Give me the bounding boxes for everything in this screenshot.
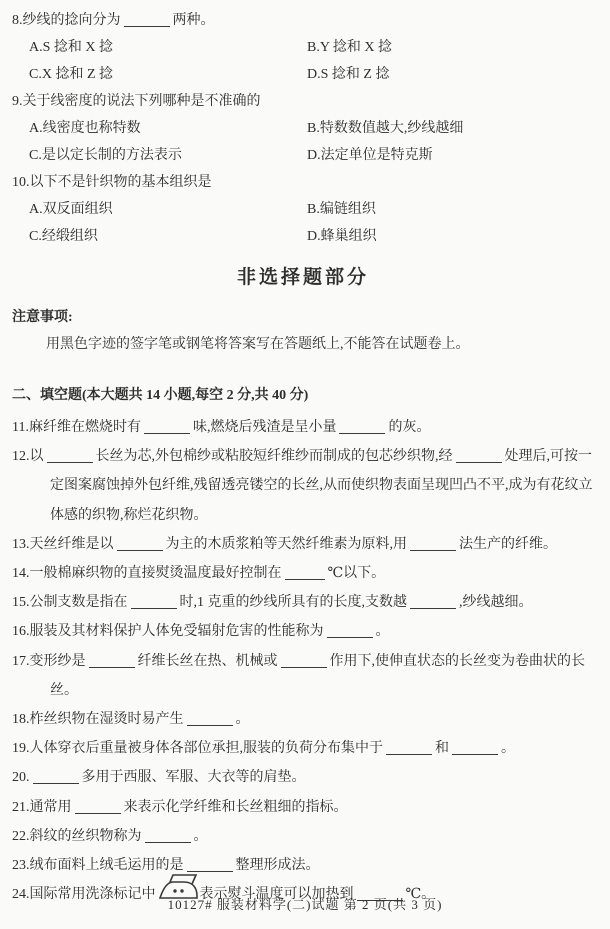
question-text: 法生产的纤维。 <box>459 537 557 552</box>
option-10-c: C.经缎组织 <box>29 223 307 250</box>
question-13: 13.天丝纤维是以为主的木质浆粕等天然纤维素为原料,用法生产的纤维。 <box>12 530 594 559</box>
blank-line <box>124 14 170 27</box>
question-text: 纱线的捻向分为 <box>23 13 121 28</box>
question-text: 。 <box>194 829 208 844</box>
blank-line <box>75 801 121 814</box>
question-12: 12.以长丝为芯,外包棉纱或粘胶短纤维纱而制成的包芯纱织物,经处理后,可按一定图… <box>12 442 594 530</box>
option-9-a: A.线密度也称特数 <box>29 115 307 142</box>
question-8: 8.纱线的捻向分为两种。 <box>12 7 594 34</box>
question-number: 8. <box>12 13 23 28</box>
blank-line <box>386 742 432 755</box>
question-text: 变形纱是 <box>30 654 86 669</box>
question-number: 16. <box>12 624 30 639</box>
question-text: ,纱线越细。 <box>459 595 533 610</box>
question-text: ℃以下。 <box>328 566 386 581</box>
exam-page: 8.纱线的捻向分为两种。 A.S 捻和 X 捻 B.Y 捻和 X 捻 C.X 捻… <box>0 0 610 929</box>
question-number: 20. <box>12 770 30 785</box>
blank-line <box>131 596 177 609</box>
question-15: 15.公制支数是指在时,1 克重的纱线所具有的长度,支数越,纱线越细。 <box>12 588 594 617</box>
question-text: 绒布面料上绒毛运用的是 <box>30 858 184 873</box>
question-22: 22.斜纹的丝织物称为。 <box>12 822 594 851</box>
option-9-c: C.是以定长制的方法表示 <box>29 142 307 169</box>
question-text: 。 <box>236 712 250 727</box>
option-8-c: C.X 捻和 Z 捻 <box>29 61 307 88</box>
question-16: 16.服装及其材料保护人体免受辐射危害的性能称为。 <box>12 617 594 646</box>
question-text: 味,燃烧后残渣是呈小量 <box>193 420 337 435</box>
notice-title: 注意事项: <box>12 304 594 331</box>
question-text: 以 <box>30 449 44 464</box>
blank-line <box>281 655 327 668</box>
question-text: 柞丝织物在湿烫时易产生 <box>30 712 184 727</box>
option-10-a: A.双反面组织 <box>29 196 307 223</box>
question-text: 为主的木质浆粕等天然纤维素为原料,用 <box>166 537 408 552</box>
question-number: 11. <box>12 420 29 435</box>
question-text: 服装及其材料保护人体免受辐射危害的性能称为 <box>30 624 324 639</box>
question-text: 和 <box>435 741 449 756</box>
question-number: 23. <box>12 858 30 873</box>
option-9-d: D.法定单位是特克斯 <box>307 142 594 169</box>
question-number: 9. <box>12 94 23 109</box>
question-text: 时,1 克重的纱线所具有的长度,支数越 <box>180 595 408 610</box>
option-8-a: A.S 捻和 X 捻 <box>29 34 307 61</box>
question-text: 整理形成法。 <box>236 858 320 873</box>
blank-line <box>187 713 233 726</box>
question-9: 9.关于线密度的说法下列哪种是不准确的 <box>12 88 594 115</box>
question-text: 人体穿衣后重量被身体各部位承担,服装的负荷分布集中于 <box>30 741 384 756</box>
options-row: C.是以定长制的方法表示 D.法定单位是特克斯 <box>12 142 594 169</box>
question-number: 14. <box>12 566 30 581</box>
question-text-after: 两种。 <box>173 13 215 28</box>
options-row: A.双反面组织 B.编链组织 <box>12 196 594 223</box>
question-text: 一般棉麻织物的直接熨烫温度最好控制在 <box>30 566 282 581</box>
question-text: 。 <box>501 741 515 756</box>
blank-line <box>47 450 93 463</box>
question-number: 17. <box>12 654 30 669</box>
option-10-b: B.编链组织 <box>307 196 594 223</box>
question-18: 18.柞丝织物在湿烫时易产生。 <box>12 705 594 734</box>
question-number: 19. <box>12 741 30 756</box>
question-10: 10.以下不是针织物的基本组织是 <box>12 169 594 196</box>
blank-line <box>285 567 325 580</box>
blank-line <box>89 655 135 668</box>
question-19: 19.人体穿衣后重量被身体各部位承担,服装的负荷分布集中于和。 <box>12 734 594 763</box>
blank-line <box>410 596 456 609</box>
question-number: 12. <box>12 449 30 464</box>
blank-line <box>145 830 191 843</box>
question-text: 关于线密度的说法下列哪种是不准确的 <box>23 94 261 109</box>
question-number: 22. <box>12 829 30 844</box>
question-number: 13. <box>12 537 30 552</box>
blank-line <box>327 625 373 638</box>
question-11: 11.麻纤维在燃烧时有味,燃烧后残渣是呈小量的灰。 <box>12 413 594 442</box>
question-number: 18. <box>12 712 30 727</box>
question-number: 21. <box>12 800 30 815</box>
question-17: 17.变形纱是纤维长丝在热、机械或作用下,使伸直状态的长丝变为卷曲状的长丝。 <box>12 647 594 705</box>
question-20: 20.多用于西服、军服、大衣等的肩垫。 <box>12 763 594 792</box>
options-row: C.X 捻和 Z 捻 D.S 捻和 Z 捻 <box>12 61 594 88</box>
question-text: 长丝为芯,外包棉纱或粘胶短纤维纱而制成的包芯纱织物,经 <box>96 449 453 464</box>
blank-line <box>452 742 498 755</box>
question-text: 的灰。 <box>388 420 430 435</box>
options-row: A.线密度也称特数 B.特数数值越大,纱线越细 <box>12 115 594 142</box>
question-number: 10. <box>12 175 30 190</box>
section-heading: 非选择题部分 <box>12 265 594 291</box>
notice-body: 用黑色字迹的签字笔或钢笔将答案写在答题纸上,不能答在试题卷上。 <box>12 331 594 358</box>
question-text: 。 <box>376 624 390 639</box>
question-text: 天丝纤维是以 <box>30 537 114 552</box>
option-8-d: D.S 捻和 Z 捻 <box>307 61 594 88</box>
blank-line <box>410 538 456 551</box>
question-text: 斜纹的丝织物称为 <box>30 829 142 844</box>
blank-line <box>33 771 79 784</box>
option-9-b: B.特数数值越大,纱线越细 <box>307 115 594 142</box>
question-text: 多用于西服、军服、大衣等的肩垫。 <box>82 770 306 785</box>
question-text: 公制支数是指在 <box>30 595 128 610</box>
fill-section-heading: 二、填空题(本大题共 14 小题,每空 2 分,共 40 分) <box>12 382 594 410</box>
question-text: 纤维长丝在热、机械或 <box>138 654 278 669</box>
blank-line <box>456 450 502 463</box>
question-text: 通常用 <box>30 800 72 815</box>
option-8-b: B.Y 捻和 X 捻 <box>307 34 594 61</box>
question-text: 麻纤维在燃烧时有 <box>29 420 141 435</box>
question-21: 21.通常用来表示化学纤维和长丝粗细的指标。 <box>12 793 594 822</box>
blank-line <box>187 859 233 872</box>
blank-line <box>117 538 163 551</box>
page-footer: 10127# 服装材料学(二)试题 第 2 页(共 3 页) <box>0 894 610 913</box>
question-text: 来表示化学纤维和长丝粗细的指标。 <box>124 800 348 815</box>
question-text: 以下不是针织物的基本组织是 <box>30 175 212 190</box>
blank-line <box>144 421 190 434</box>
question-14: 14.一般棉麻织物的直接熨烫温度最好控制在℃以下。 <box>12 559 594 588</box>
blank-line <box>339 421 385 434</box>
option-10-d: D.蜂巢组织 <box>307 223 594 250</box>
options-row: C.经缎组织 D.蜂巢组织 <box>12 223 594 250</box>
question-number: 15. <box>12 595 30 610</box>
options-row: A.S 捻和 X 捻 B.Y 捻和 X 捻 <box>12 34 594 61</box>
question-23: 23.绒布面料上绒毛运用的是整理形成法。 <box>12 851 594 880</box>
